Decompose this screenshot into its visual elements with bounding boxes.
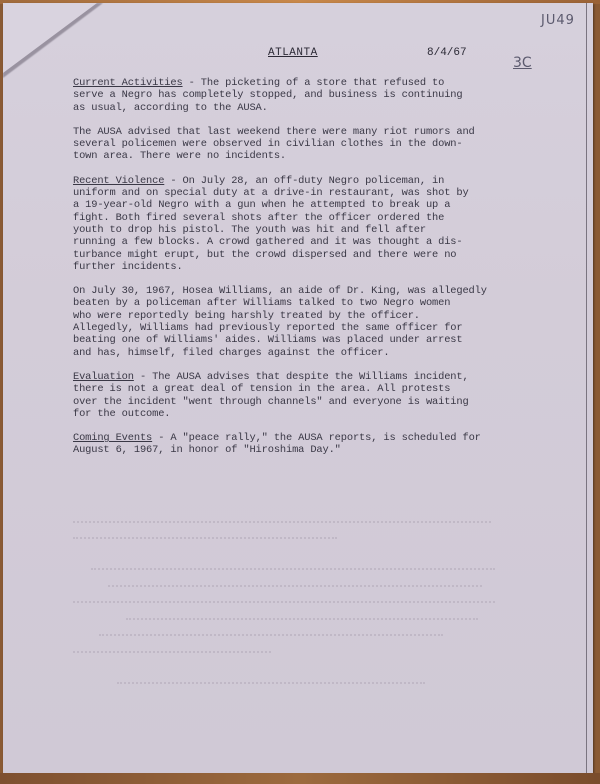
- document-page: JU49 3C ATLANTA 8/4/67 Current Activitie…: [3, 3, 593, 773]
- document-heading: ATLANTA: [268, 47, 318, 59]
- section-label: Recent Violence: [73, 175, 164, 187]
- section-label: Current Activities: [73, 77, 183, 89]
- paragraph-current-activities: Current Activities - The picketing of a …: [73, 77, 523, 114]
- paragraph-coming-events: Coming Events - A "peace rally," the AUS…: [73, 432, 523, 457]
- paragraph-recent-violence: Recent Violence - On July 28, an off-dut…: [73, 175, 523, 273]
- handwritten-page-mark: 3C: [513, 55, 532, 71]
- document-date: 8/4/67: [427, 47, 467, 59]
- desk-surface-bottom: [0, 773, 600, 784]
- paragraph-text: - On July 28, an off-duty Negro policema…: [73, 175, 469, 273]
- section-label: Coming Events: [73, 432, 152, 444]
- paragraph-hosea-williams: On July 30, 1967, Hosea Williams, an aid…: [73, 285, 523, 359]
- folded-corner: [3, 3, 97, 73]
- section-label: Evaluation: [73, 371, 134, 383]
- paragraph-text: The AUSA advised that last weekend there…: [73, 126, 475, 163]
- paragraph-text: On July 30, 1967, Hosea Williams, an aid…: [73, 285, 487, 358]
- page-edge: [586, 3, 587, 773]
- handwritten-document-id: JU49: [541, 13, 575, 28]
- paragraph-evaluation: Evaluation - The AUSA advises that despi…: [73, 371, 523, 420]
- bleed-through-text: [73, 508, 513, 686]
- document-body: Current Activities - The picketing of a …: [73, 77, 523, 469]
- paragraph-riot-rumors: The AUSA advised that last weekend there…: [73, 126, 523, 163]
